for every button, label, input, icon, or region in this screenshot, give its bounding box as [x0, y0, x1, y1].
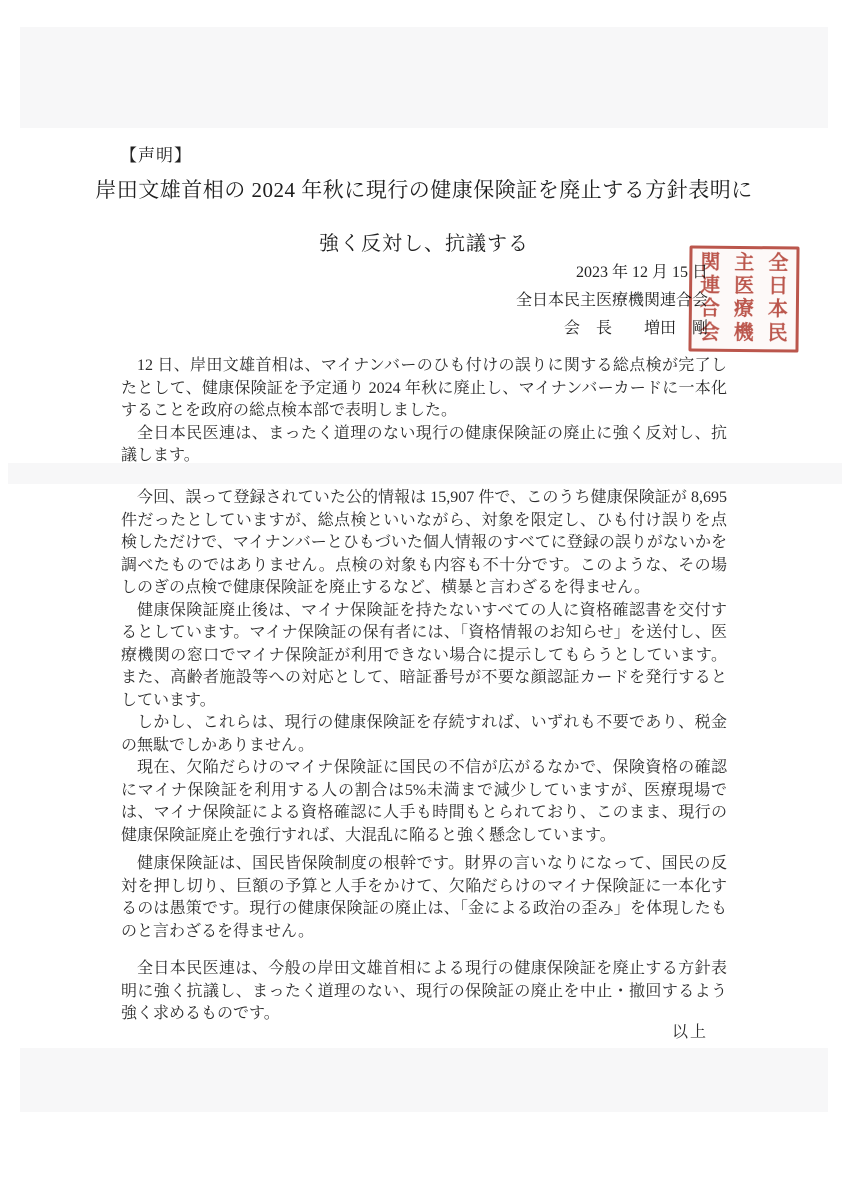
paragraph: 全日本民医連は、まったく道理のない現行の健康保険証の廃止に強く反対し、抗議します…	[121, 423, 727, 468]
statement-title: 岸田文雄首相の 2024 年秋に現行の健康保険証を廃止する方針表明に	[0, 174, 848, 204]
paragraph: しかし、これらは、現行の健康保険証を存続すれば、いずれも不要であり、税金の無駄で…	[121, 712, 727, 757]
signer-line: 会 長 増田 剛	[516, 315, 708, 343]
body-block-main: 今回、誤って登録されていた公的情報は 15,907 件で、このうち健康保険証が …	[121, 487, 727, 847]
paragraph: 健康保険証廃止後は、マイナ保険証を持たないすべての人に資格確認書を交付するとして…	[121, 600, 727, 713]
scan-artifact-band-top	[20, 27, 828, 128]
closing-line: 以上	[672, 1019, 708, 1042]
organization-line: 全日本民主医療機関連合会	[516, 287, 708, 315]
date-line: 2023 年 12 月 15 日	[516, 259, 708, 287]
credits-block: 2023 年 12 月 15 日 全日本民主医療機関連合会 会 長 増田 剛	[516, 259, 708, 343]
paragraph: 今回、誤って登録されていた公的情報は 15,907 件で、このうち健康保険証が …	[121, 487, 727, 600]
statement-label: 【声明】	[120, 141, 192, 166]
body-block-conclusion: 全日本民医連は、今般の岸田文雄首相による現行の健康保険証を廃止する方針表明に強く…	[121, 958, 727, 1026]
paragraph: 全日本民医連は、今般の岸田文雄首相による現行の健康保険証を廃止する方針表明に強く…	[121, 958, 727, 1026]
paragraph: 現在、欠陥だらけのマイナ保険証に国民の不信が広がるなかで、保険資格の確認にマイナ…	[121, 757, 727, 847]
paragraph: 健康保険証は、国民皆保険制度の根幹です。財界の言いなりになって、国民の反対を押し…	[121, 853, 727, 943]
body-block-argument: 健康保険証は、国民皆保険制度の根幹です。財界の言いなりになって、国民の反対を押し…	[121, 853, 727, 943]
paragraph: 12 日、岸田文雄首相は、マイナンバーのひも付けの誤りに関する総点検が完了したと…	[121, 355, 727, 423]
seal-column: 全 日 本 民	[762, 252, 795, 346]
scanned-statement-document: 【声明】 岸田文雄首相の 2024 年秋に現行の健康保険証を廃止する方針表明に …	[0, 0, 848, 1200]
official-seal-stamp: 全 日 本 民 主 医 療 機 関 連 合 会	[688, 245, 799, 352]
seal-column: 関 連 合 会	[694, 251, 727, 345]
seal-column: 主 医 療 機	[728, 252, 761, 346]
body-block-intro: 12 日、岸田文雄首相は、マイナンバーのひも付けの誤りに関する総点検が完了したと…	[121, 355, 727, 468]
scan-artifact-band-bottom	[20, 1048, 828, 1112]
